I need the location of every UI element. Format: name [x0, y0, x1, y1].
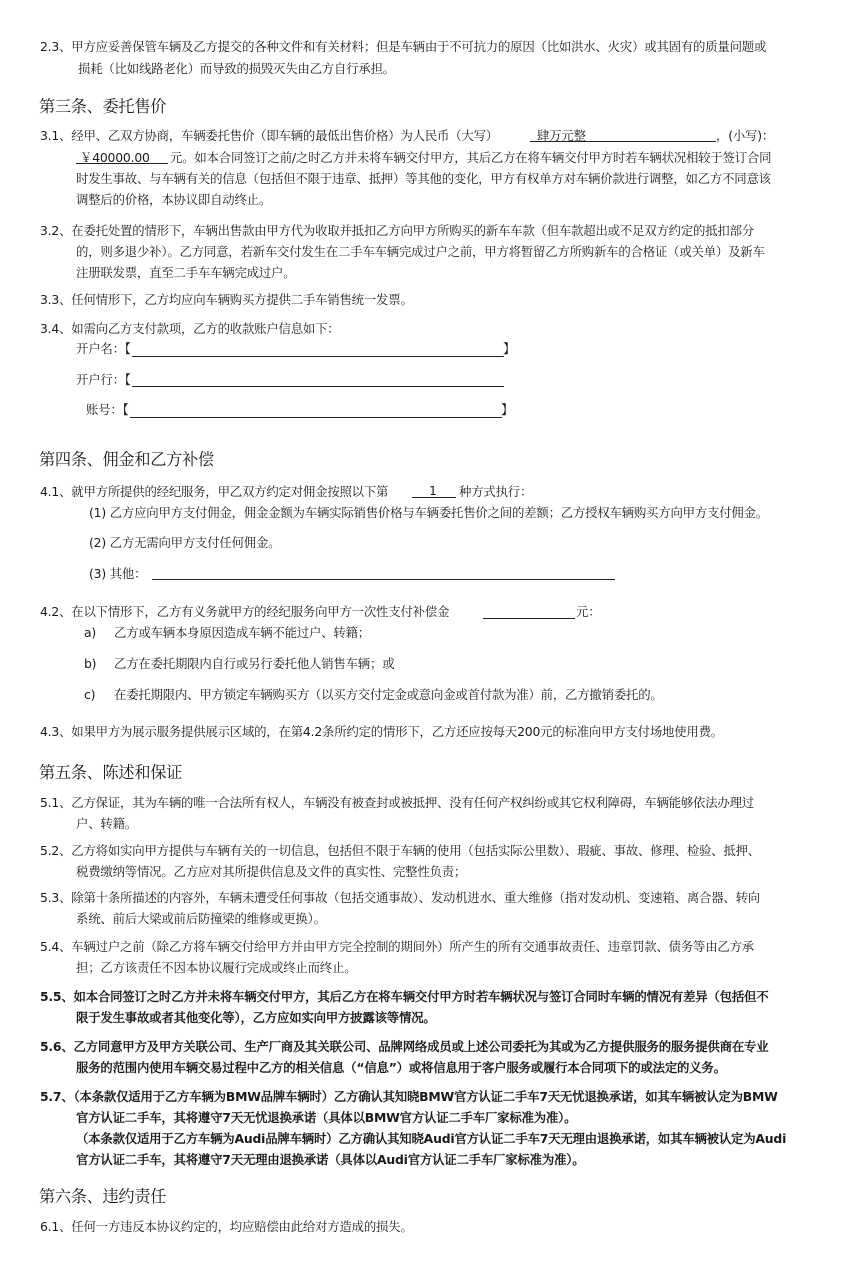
clause-5-5: 5.5、如本合同签订之时乙方并未将车辆交付甲方，其后乙方在将车辆交付甲方时若车辆…: [40, 986, 768, 1007]
clause-5-6-line2: 服务的范围内使用车辆交易过程中乙方的相关信息（“信息”）或将信息用于客户服务或履…: [76, 1057, 726, 1078]
clause-5-7: 5.7、（本条款仅适用于乙方车辆为BMW品牌车辆时）乙方确认其知晓BMW官方认证…: [40, 1086, 778, 1107]
option-text: 乙方应向甲方支付佣金，佣金金额为车辆实际销售价格与车辆委托售价之间的差额；乙方授…: [110, 505, 768, 520]
account-name-label: 开户名：【: [76, 338, 131, 359]
section-4-title: 第四条、佣金和乙方补偿: [39, 446, 214, 470]
clause-number: 4.1、: [40, 484, 71, 499]
clause-3-2-line2: 的，则多退少补）。乙方同意，若新车交付发生在二手车车辆完成过户之前，甲方将暂留乙…: [76, 241, 765, 262]
clause-5-7-line4: 官方认证二手车，其将遵守7天无理由退换承诺（具体以Audi官方认证二手车厂家标准…: [76, 1149, 584, 1170]
account-name-field[interactable]: [132, 356, 504, 357]
clause-text: 任何情形下，乙方均应向车辆购买方提供二手车销售统一发票。: [71, 292, 412, 307]
clause-text: 如果甲方为展示服务提供展示区域的，在第4.2条所约定的情形下，乙方还应按每天20…: [71, 724, 723, 739]
clause-number: 4.3、: [40, 724, 71, 739]
item-c-label: c): [84, 684, 95, 705]
option-3: (3) 其他：: [89, 563, 146, 584]
clause-5-7-line3: （本条款仅适用于乙方车辆为Audi品牌车辆时）乙方确认其知晓Audi官方认证二手…: [76, 1128, 786, 1149]
option-2: (2) 乙方无需向甲方支付任何佣金。: [89, 532, 280, 553]
item-a-label: a): [84, 622, 96, 643]
bank-field[interactable]: [132, 386, 504, 387]
option-text: 乙方无需向甲方支付任何佣金。: [110, 535, 281, 550]
clause-5-7-line2: 官方认证二手车，其将遵守7天无忧退换承诺（具体以BMW官方认证二手车厂家标准为准…: [76, 1107, 576, 1128]
clause-text: 乙方同意甲方及甲方关联公司、生产厂商及其关联公司、品牌网络成员或上述公司委托为其…: [74, 1039, 769, 1054]
clause-text: 乙方将如实向甲方提供与车辆有关的一切信息，包括但不限于车辆的使用（包括实际公里数…: [71, 843, 760, 858]
option-text: 其他：: [110, 566, 147, 581]
clause-4-1-post: 种方式执行：: [459, 481, 532, 502]
clause-number: 5.1、: [40, 795, 71, 810]
clause-5-3: 5.3、除第十条所描述的内容外，车辆未遭受任何事故（包括交通事故）、发动机进水、…: [40, 887, 760, 908]
clause-number: 5.3、: [40, 890, 71, 905]
amount-words-field[interactable]: 肆万元整: [537, 125, 586, 146]
clause-3-2-line3: 注册联发票，直至二手车车辆完成过户。: [76, 262, 295, 283]
clause-3-1: 3.1、经甲、乙双方协商，车辆委托售价（即车辆的最低出售价格）为人民币（大写）: [40, 125, 498, 146]
compensation-amount-field[interactable]: [483, 618, 575, 619]
option-label: (2): [89, 535, 106, 550]
other-option-field[interactable]: [152, 579, 615, 580]
clause-5-5-line2: 限于发生事故或者其他变化等），乙方应如实向甲方披露该等情况。: [76, 1007, 436, 1028]
clause-5-2: 5.2、乙方将如实向甲方提供与车辆有关的一切信息，包括但不限于车辆的使用（包括实…: [40, 840, 760, 861]
small-write-label: ，(小写)：: [716, 125, 774, 146]
clause-5-4: 5.4、车辆过户之前（除乙方将车辆交付给甲方并由甲方完全控制的期间外）所产生的所…: [40, 936, 754, 957]
amount-number-field[interactable]: ￥40000.00: [80, 147, 150, 168]
clause-3-4: 3.4、如需向乙方支付款项，乙方的收款账户信息如下：: [40, 318, 340, 339]
clause-text: 除第十条所描述的内容外，车辆未遭受任何事故（包括交通事故）、发动机进水、重大维修…: [71, 890, 760, 905]
clause-4-2: 4.2、在以下情形下，乙方有义务就甲方的经纪服务向甲方一次性支付补偿金: [40, 601, 449, 622]
clause-4-1: 4.1、就甲方所提供的经纪服务，甲乙双方约定对佣金按照以下第: [40, 481, 388, 502]
clause-number: 4.2、: [40, 604, 71, 619]
section-5-title: 第五条、陈述和保证: [39, 759, 182, 783]
clause-text: 任何一方违反本协议约定的，均应赔偿由此给对方造成的损失。: [71, 1219, 412, 1234]
clause-number: 5.5、: [40, 989, 74, 1004]
account-name-close: 】: [503, 338, 515, 359]
clause-number: 5.6、: [40, 1039, 74, 1054]
clause-number: 5.2、: [40, 843, 71, 858]
clause-text: 如本合同签订之时乙方并未将车辆交付甲方，其后乙方在将车辆交付甲方时若车辆状况与签…: [74, 989, 769, 1004]
item-c-text: 在委托期限内、甲方锁定车辆购买方（以买方交付定金或意向金或首付款为准）前，乙方撤…: [114, 684, 663, 705]
clause-text: 在委托处置的情形下，车辆出售款由甲方代为收取并抵扣乙方向甲方所购买的新车车款（但…: [71, 223, 754, 238]
clause-3-1-text: 元。如本合同签订之前/之时乙方并未将车辆交付甲方，其后乙方在将车辆交付甲方时若车…: [170, 147, 771, 168]
section-3-title: 第三条、委托售价: [39, 93, 166, 117]
option-label: (3): [89, 566, 106, 581]
item-b-label: b): [84, 653, 96, 674]
section-6-title: 第六条、违约责任: [39, 1183, 166, 1207]
clause-number: 2.3、: [40, 39, 71, 54]
clause-4-2-post: 元：: [576, 601, 600, 622]
account-number-label: 账号：【: [86, 399, 129, 420]
clause-text: （本条款仅适用于乙方车辆为BMW品牌车辆时）乙方确认其知晓BMW官方认证二手车7…: [74, 1089, 778, 1104]
clause-5-6: 5.6、乙方同意甲方及甲方关联公司、生产厂商及其关联公司、品牌网络成员或上述公司…: [40, 1036, 768, 1057]
clause-text: 经甲、乙双方协商，车辆委托售价（即车辆的最低出售价格）为人民币（大写）: [71, 128, 498, 143]
commission-choice-field[interactable]: 1: [429, 480, 437, 501]
clause-6-1: 6.1、任何一方违反本协议约定的，均应赔偿由此给对方造成的损失。: [40, 1216, 413, 1237]
item-a-text: 乙方或车辆本身原因造成车辆不能过户、转籍；: [114, 622, 370, 643]
item-b-text: 乙方在委托期限内自行或另行委托他人销售车辆；或: [114, 653, 394, 674]
clause-text: 在以下情形下，乙方有义务就甲方的经纪服务向甲方一次性支付补偿金: [71, 604, 449, 619]
clause-text: 乙方保证，其为车辆的唯一合法所有权人，车辆没有被查封或被抵押、没有任何产权纠纷或…: [71, 795, 754, 810]
clause-number: 6.1、: [40, 1219, 71, 1234]
clause-5-1: 5.1、乙方保证，其为车辆的唯一合法所有权人，车辆没有被查封或被抵押、没有任何产…: [40, 792, 754, 813]
bank-label: 开户行：【: [76, 369, 131, 390]
clause-number: 3.2、: [40, 223, 71, 238]
clause-number: 5.4、: [40, 939, 71, 954]
clause-3-3: 3.3、任何情形下，乙方均应向车辆购买方提供二手车销售统一发票。: [40, 289, 413, 310]
clause-2-3: 2.3、甲方应妥善保管车辆及乙方提交的各种文件和有关材料；但是车辆由于不可抗力的…: [40, 36, 766, 57]
clause-5-4-line2: 担；乙方该责任不因本协议履行完成或终止而终止。: [76, 957, 356, 978]
option-label: (1): [89, 505, 106, 520]
clause-number: 3.3、: [40, 292, 71, 307]
clause-text: 车辆过户之前（除乙方将车辆交付给甲方并由甲方完全控制的期间外）所产生的所有交通事…: [71, 939, 754, 954]
clause-5-3-line2: 系统、前后大梁或前后防撞梁的维修或更换）。: [76, 908, 326, 929]
clause-5-2-line2: 税费缴纳等情况。乙方应对其所提供信息及文件的真实性、完整性负责；: [76, 861, 466, 882]
clause-3-1-line4: 调整后的价格，本协议即自动终止。: [76, 189, 271, 210]
clause-text: 就甲方所提供的经纪服务，甲乙双方约定对佣金按照以下第: [71, 484, 388, 499]
account-number-close: 】: [501, 399, 513, 420]
clause-2-3-cont: 损耗（比如线路老化）而导致的损毁灭失由乙方自行承担。: [78, 58, 395, 79]
clause-3-2: 3.2、在委托处置的情形下，车辆出售款由甲方代为收取并抵扣乙方向甲方所购买的新车…: [40, 220, 754, 241]
clause-number: 5.7、: [40, 1089, 74, 1104]
clause-text: 如需向乙方支付款项，乙方的收款账户信息如下：: [71, 321, 339, 336]
clause-4-3: 4.3、如果甲方为展示服务提供展示区域的，在第4.2条所约定的情形下，乙方还应按…: [40, 721, 723, 742]
clause-5-1-line2: 户、转籍。: [76, 813, 137, 834]
clause-number: 3.1、: [40, 128, 71, 143]
option-1: (1) 乙方应向甲方支付佣金，佣金金额为车辆实际销售价格与车辆委托售价之间的差额…: [89, 502, 768, 523]
clause-number: 3.4、: [40, 321, 71, 336]
account-number-field[interactable]: [130, 417, 502, 418]
clause-text: 甲方应妥善保管车辆及乙方提交的各种文件和有关材料；但是车辆由于不可抗力的原因（比…: [71, 39, 766, 54]
clause-3-1-line3: 时发生事故、与车辆有关的信息（包括但不限于违章、抵押）等其他的变化，甲方有权单方…: [76, 168, 771, 189]
